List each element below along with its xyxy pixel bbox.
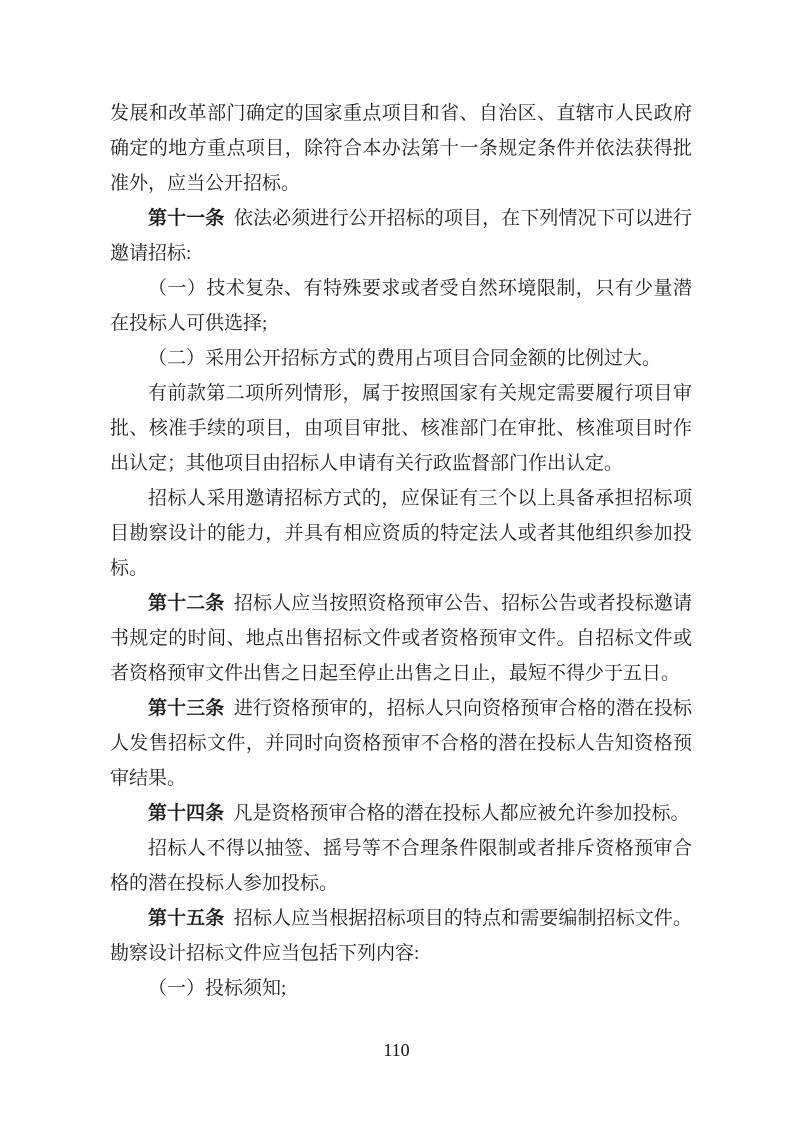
paragraph: （一）投标须知; (110, 971, 692, 1006)
document-page: 发展和改革部门确定的国家重点项目和省、自治区、直辖市人民政府确定的地方重点项目，… (0, 0, 793, 1122)
paragraph: 发展和改革部门确定的国家重点项目和省、自治区、直辖市人民政府确定的地方重点项目，… (110, 96, 692, 201)
paragraph: 招标人采用邀请招标方式的，应保证有三个以上具备承担招标项目勘察设计的能力，并具有… (110, 481, 692, 586)
paragraph: 第十二条招标人应当按照资格预审公告、招标公告或者投标邀请书规定的时间、地点出售招… (110, 586, 692, 691)
paragraph: （一）技术复杂、有特殊要求或者受自然环境限制，只有少量潜在投标人可供选择; (110, 271, 692, 341)
article-number: 第十五条 (148, 908, 224, 929)
paragraph: 有前款第二项所列情形，属于按照国家有关规定需要履行项目审批、核准手续的项目，由项… (110, 376, 692, 481)
paragraph: 第十四条凡是资格预审合格的潜在投标人都应被允许参加投标。 (110, 796, 692, 831)
paragraph: （二）采用公开招标方式的费用占项目合同金额的比例过大。 (110, 341, 692, 376)
paragraph: 第十三条进行资格预审的，招标人只向资格预审合格的潜在投标人发售招标文件，并同时向… (110, 691, 692, 796)
article-number: 第十四条 (148, 803, 224, 824)
article-number: 第十一条 (148, 208, 224, 229)
paragraph: 第十五条招标人应当根据招标项目的特点和需要编制招标文件。勘察设计招标文件应当包括… (110, 901, 692, 971)
paragraph: 第十一条依法必须进行公开招标的项目，在下列情况下可以进行邀请招标: (110, 201, 692, 271)
page-number: 110 (0, 1038, 793, 1062)
article-number: 第十二条 (148, 593, 224, 614)
article-number: 第十三条 (148, 698, 224, 719)
document-body-text: 发展和改革部门确定的国家重点项目和省、自治区、直辖市人民政府确定的地方重点项目，… (110, 96, 692, 1006)
paragraph: 招标人不得以抽签、摇号等不合理条件限制或者排斥资格预审合格的潜在投标人参加投标。 (110, 831, 692, 901)
